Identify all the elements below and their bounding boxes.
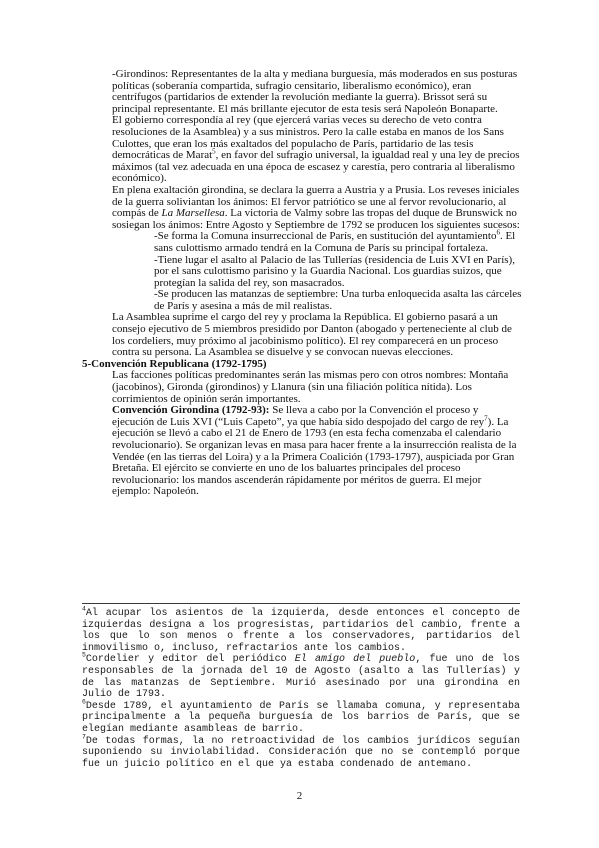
bullet-matanzas-text: -Se producen las matanzas de septiembre:…	[154, 288, 521, 312]
bullet-matanzas-septiembre: -Se producen las matanzas de septiembre:…	[82, 289, 522, 312]
amigo-del-pueblo-italic-title: El amigo del pueblo	[295, 654, 416, 665]
section-heading-text: 5-Convención Republicana (1792-1795)	[82, 358, 267, 370]
footnote-separator-rule	[82, 603, 520, 604]
paragraph-exaltacion-girondina: En plena exaltación girondina, se declar…	[82, 185, 522, 231]
paragraph-facciones-text: Las facciones políticas predominantes se…	[112, 369, 508, 404]
footnote-4-text: Al acupar los asientos de la izquierda, …	[82, 608, 520, 654]
document-page: -Girondinos: Representantes de la alta y…	[0, 0, 599, 848]
footnote-7-text: De todas formas, la no retroactividad de…	[82, 736, 520, 770]
footnote-5-text: Cordelier y editor del periódico	[86, 654, 295, 665]
footnote-6: 6Desde 1789, el ayuntamiento de París se…	[82, 701, 520, 736]
main-text-block: -Girondinos: Representantes de la alta y…	[82, 69, 522, 498]
paragraph-girondinos-text: -Girondinos: Representantes de la alta y…	[112, 68, 517, 115]
footnote-6-text: Desde 1789, el ayuntamiento de París se …	[82, 701, 520, 735]
bullet-comuna-text: -Se forma la Comuna insurreccional de Pa…	[154, 230, 496, 242]
paragraph-facciones: Las facciones políticas predominantes se…	[82, 370, 522, 405]
footnote-7: 7De todas formas, la no retroactividad d…	[82, 736, 520, 771]
paragraph-asamblea-republica: La Asamblea suprime el cargo del rey y p…	[82, 312, 522, 358]
marsellesa-italic-title: La Marsellesa	[161, 207, 224, 219]
paragraph-girondinos: -Girondinos: Representantes de la alta y…	[82, 69, 522, 115]
footnotes-section: 4Al acupar los asientos de la izquierda,…	[82, 603, 520, 770]
paragraph-gobierno-rey: El gobierno correspondía al rey (que eje…	[82, 115, 522, 185]
bullet-asalto-tullerias: -Tiene lugar el asalto al Palacio de las…	[82, 255, 522, 290]
footnote-4: 4Al acupar los asientos de la izquierda,…	[82, 608, 520, 654]
bullet-asalto-text: -Tiene lugar el asalto al Palacio de las…	[154, 254, 515, 289]
page-number: 2	[0, 790, 599, 802]
paragraph-asamblea-text: La Asamblea suprime el cargo del rey y p…	[112, 311, 512, 358]
bullet-comuna-insurreccional: -Se forma la Comuna insurreccional de Pa…	[82, 231, 522, 254]
paragraph-convencion-text-cont: ). La ejecución se llevó a cabo el 21 de…	[112, 416, 516, 498]
paragraph-convencion-girondina: Convención Girondina (1792-93): Se lleva…	[82, 405, 522, 498]
footnote-5: 5Cordelier y editor del periódico El ami…	[82, 654, 520, 700]
convencion-girondina-bold-lead: Convención Girondina (1792-93):	[112, 404, 269, 416]
